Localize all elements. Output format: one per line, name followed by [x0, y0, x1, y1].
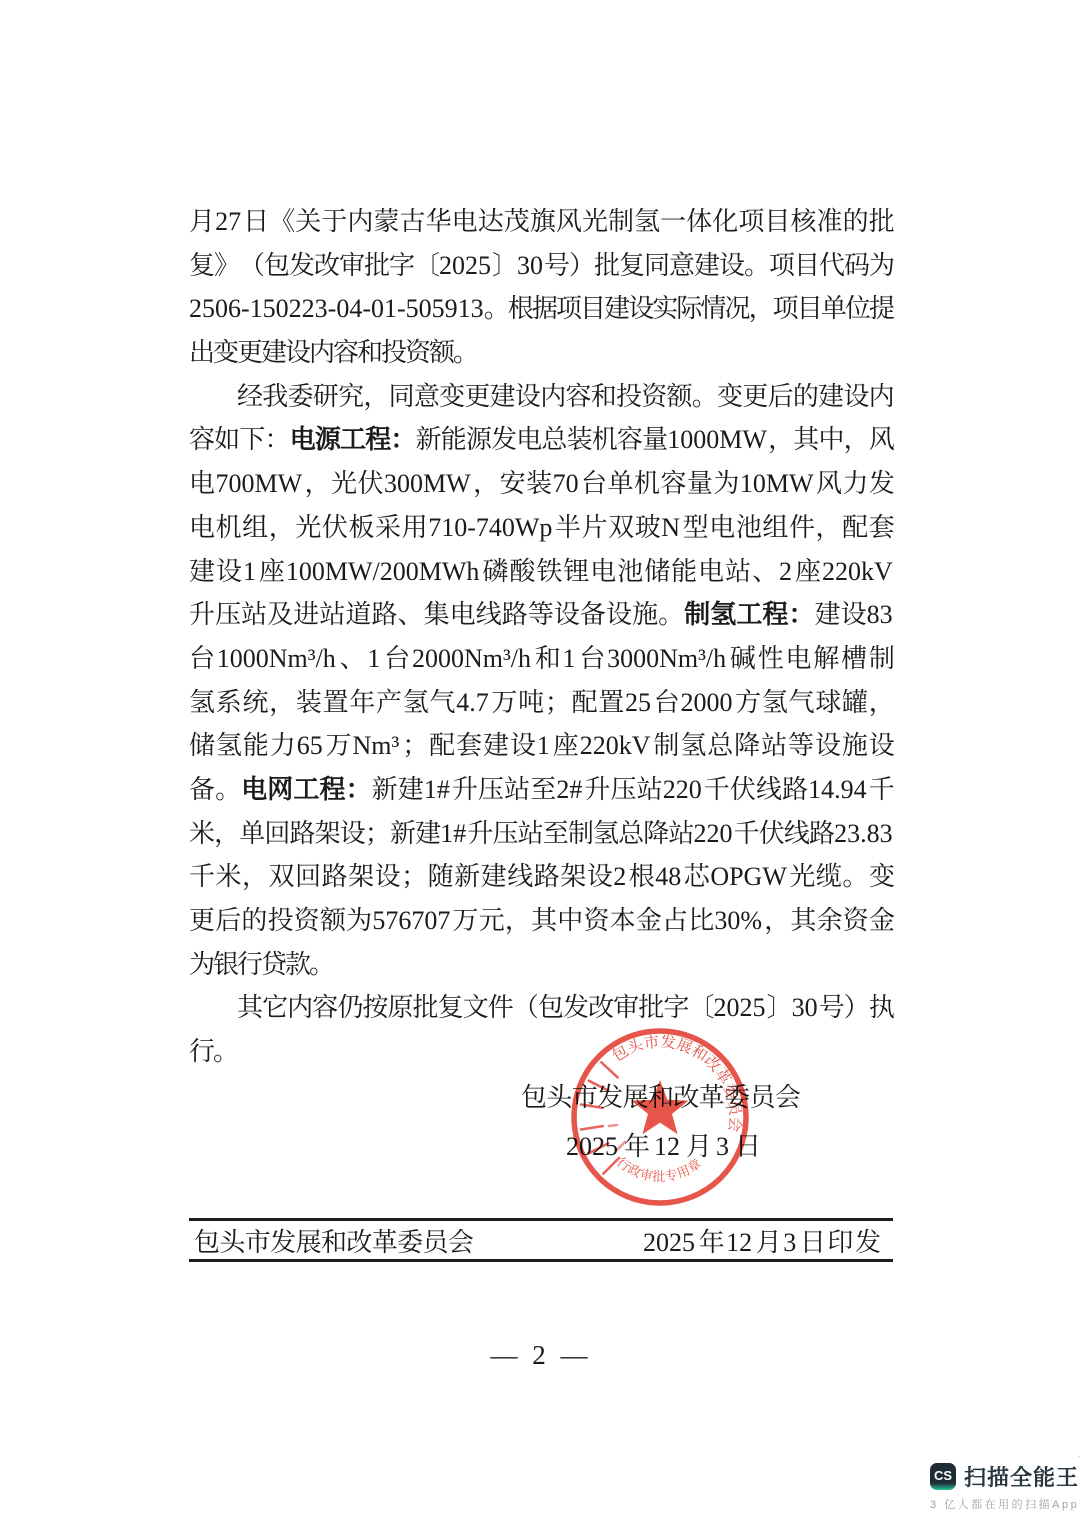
official-seal: 包头市发展和改革委员会 行政审批专用章	[565, 1022, 755, 1212]
footer-bar: 包头市发展和改革委员会 2025年12月3日印发	[189, 1218, 893, 1262]
seal-mongolian-script	[581, 1062, 625, 1173]
body-line: 千米，双回路架设；随新建线路架设2根48芯OPGW光缆。变	[189, 855, 893, 899]
document-page: 月27日《关于内蒙古华电达茂旗风光制氢一体化项目核准的批复》（包发改审批字〔20…	[0, 0, 1080, 1528]
body-line: 更后的投资额为576707万元，其中资本金占比30%，其余资金	[189, 899, 893, 943]
body-line: 复》（包发改审批字〔2025〕30号）批复同意建设。项目代码为	[189, 244, 893, 288]
document-body-text: 月27日《关于内蒙古华电达茂旗风光制氢一体化项目核准的批复》（包发改审批字〔20…	[189, 200, 893, 1074]
footer-print-date: 2025年12月3日印发	[643, 1222, 879, 1259]
body-line: 2506-150223-04-01-505913。根据项目建设实际情况，项目单位…	[189, 287, 893, 331]
body-line: 建设1座100MW/200MWh磷酸铁锂电池储能电站、2座220kV	[189, 550, 893, 594]
camscanner-watermark[interactable]: CS 扫描全能王™ 3 亿人都在用的扫描App	[930, 1461, 1070, 1512]
seal-org-arc-text: 包头市发展和改革委员会	[609, 1033, 744, 1134]
svg-text:行政审批专用章: 行政审批专用章	[614, 1154, 704, 1184]
seal-bottom-arc-text: 行政审批专用章	[614, 1154, 704, 1184]
body-line: 氢系统，装置年产氢气4.7万吨；配置25台2000方氢气球罐，	[189, 681, 893, 725]
body-line: 米，单回路架设；新建1#升压站至制氢总降站220千伏线路23.83	[189, 812, 893, 856]
body-line: 经我委研究，同意变更建设内容和投资额。变更后的建设内	[189, 375, 893, 419]
body-line: 储氢能力65万Nm³；配套建设1座220kV制氢总降站等设施设	[189, 724, 893, 768]
body-line: 行。	[189, 1030, 893, 1074]
body-line: 台1000Nm³/h、1台2000Nm³/h和1台3000Nm³/h碱性电解槽制	[189, 637, 893, 681]
svg-text:包头市发展和改革委员会: 包头市发展和改革委员会	[609, 1033, 744, 1134]
body-line: 出变更建设内容和投资额。	[189, 331, 893, 375]
page-number: — 2 —	[189, 1340, 893, 1371]
body-line: 为银行贷款。	[189, 943, 893, 987]
body-line: 升压站及进站道路、集电线路等设备设施。制氢工程：建设83	[189, 593, 893, 637]
camscanner-logo-text: CS	[934, 1468, 952, 1483]
camscanner-brand-name: 扫描全能王™	[964, 1461, 1080, 1492]
body-line: 容如下：电源工程：新能源发电总装机容量1000MW，其中，风	[189, 418, 893, 462]
footer-issuer: 包头市发展和改革委员会	[194, 1222, 472, 1259]
camscanner-tagline: 3 亿人都在用的扫描App	[930, 1496, 1070, 1512]
body-line: 电机组，光伏板采用710-740Wp半片双玻N型电池组件，配套	[189, 506, 893, 550]
body-line: 备。电网工程：新建1#升压站至2#升压站220千伏线路14.94千	[189, 768, 893, 812]
camscanner-brand-row: CS 扫描全能王™	[930, 1461, 1070, 1492]
body-line: 月27日《关于内蒙古华电达茂旗风光制氢一体化项目核准的批	[189, 200, 893, 244]
camscanner-logo-icon: CS	[930, 1463, 956, 1490]
seal-star-icon	[632, 1080, 689, 1134]
body-line: 其它内容仍按原批复文件（包发改审批字〔2025〕30号）执	[189, 986, 893, 1030]
body-line: 电700MW，光伏300MW，安装70台单机容量为10MW风力发	[189, 462, 893, 506]
